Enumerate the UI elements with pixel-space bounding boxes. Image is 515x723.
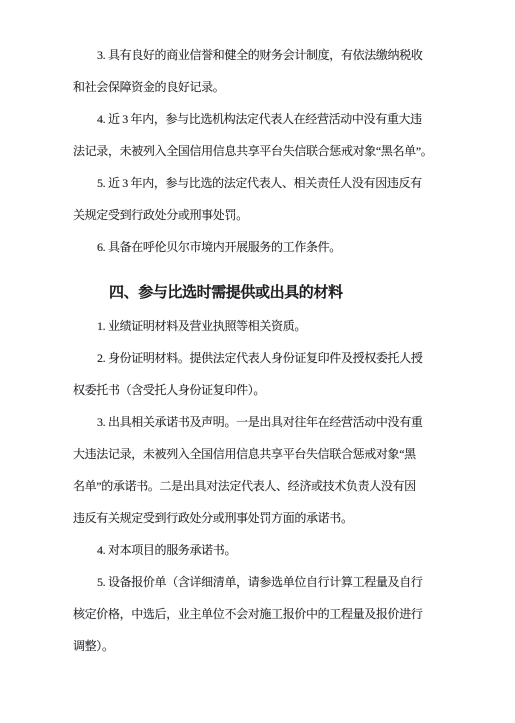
text-line: 违反有关规定受到行政处分或刑事处罚方面的承诺书。 (73, 502, 445, 534)
paragraph-material-5: 5. 设备报价单（含详细清单，请参选单位自行计算工程量及自行 核定价格，中选后，… (73, 566, 445, 662)
paragraph-material-3: 3. 出具相关承诺书及声明。一是出具对往年在经营活动中没有重 大违法记录，未被列… (73, 406, 445, 534)
text-line: 法记录，未被列入全国信用信息共享平台失信联合惩戒对象“黑名单”。 (73, 135, 445, 167)
text-line: 3. 出具相关承诺书及声明。一是出具对往年在经营活动中没有重 (73, 406, 445, 438)
text-line: 6. 具备在呼伦贝尔市境内开展服务的工作条件。 (73, 231, 445, 263)
text-line: 和社会保障资金的良好记录。 (73, 71, 445, 103)
text-line: 大违法记录，未被列入全国信用信息共享平台失信联合惩戒对象“黑 (73, 438, 445, 470)
text-line: 权委托书（含受托人身份证复印件）。 (73, 374, 445, 406)
paragraph-condition-6: 6. 具备在呼伦贝尔市境内开展服务的工作条件。 (73, 231, 445, 263)
paragraph-material-1: 1. 业绩证明材料及营业执照等相关资质。 (73, 310, 445, 342)
text-line: 4. 对本项目的服务承诺书。 (73, 534, 445, 566)
text-line: 4. 近 3 年内，参与比选机构法定代表人在经营活动中没有重大违 (73, 103, 445, 135)
paragraph-material-4: 4. 对本项目的服务承诺书。 (73, 534, 445, 566)
text-line: 1. 业绩证明材料及营业执照等相关资质。 (73, 310, 445, 342)
text-line: 3. 具有良好的商业信誉和健全的财务会计制度，有依法缴纳税收 (73, 39, 445, 71)
text-line: 调整）。 (73, 630, 445, 662)
text-line: 关规定受到行政处分或刑事处罚。 (73, 199, 445, 231)
text-line: 核定价格，中选后，业主单位不会对施工报价中的工程量及报价进行 (73, 598, 445, 630)
section-heading: 四、参与比选时需提供或出具的材料 (73, 276, 445, 310)
paragraph-condition-3: 3. 具有良好的商业信誉和健全的财务会计制度，有依法缴纳税收 和社会保障资金的良… (73, 39, 445, 103)
paragraph-condition-4: 4. 近 3 年内，参与比选机构法定代表人在经营活动中没有重大违 法记录，未被列… (73, 103, 445, 167)
document-page: 3. 具有良好的商业信誉和健全的财务会计制度，有依法缴纳税收 和社会保障资金的良… (0, 0, 515, 723)
text-line: 名单”的承诺书。二是出具对法定代表人、经济或技术负责人没有因 (73, 470, 445, 502)
text-line: 5. 设备报价单（含详细清单，请参选单位自行计算工程量及自行 (73, 566, 445, 598)
text-line: 2. 身份证明材料。提供法定代表人身份证复印件及授权委托人授 (73, 342, 445, 374)
paragraph-condition-5: 5. 近 3 年内，参与比选的法定代表人、相关责任人没有因违反有 关规定受到行政… (73, 167, 445, 231)
text-line: 5. 近 3 年内，参与比选的法定代表人、相关责任人没有因违反有 (73, 167, 445, 199)
document-content: 3. 具有良好的商业信誉和健全的财务会计制度，有依法缴纳税收 和社会保障资金的良… (73, 39, 445, 662)
paragraph-material-2: 2. 身份证明材料。提供法定代表人身份证复印件及授权委托人授 权委托书（含受托人… (73, 342, 445, 406)
